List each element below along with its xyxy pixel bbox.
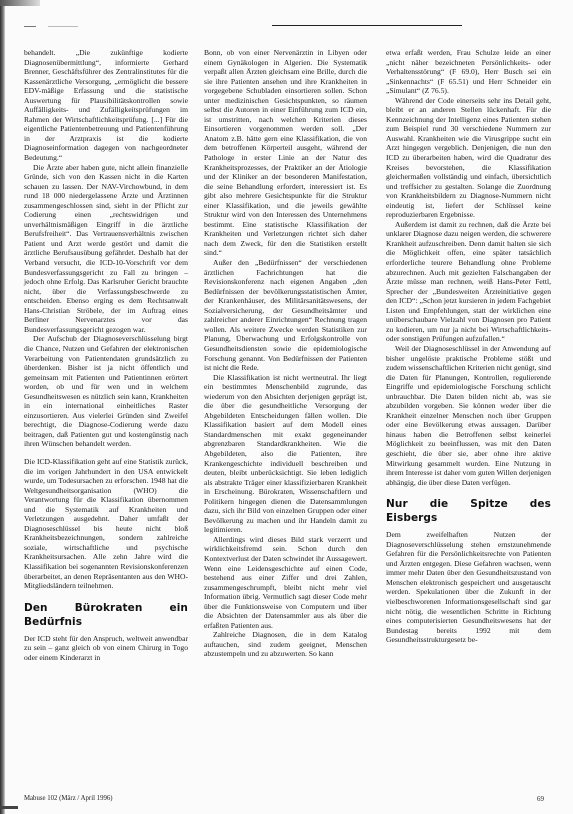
- paragraph: etwa erfaßt werden, Frau Schulze leide a…: [386, 48, 551, 96]
- text-column-3: etwa erfaßt werden, Frau Schulze leide a…: [386, 48, 551, 645]
- paragraph: Außer den „Bedürfnissen“ der verschieden…: [204, 258, 367, 373]
- header-rule-left-faint: [48, 26, 78, 27]
- section-heading: Nur die Spitze des Eisbergs: [386, 497, 551, 525]
- paragraph: Außerdem ist damit zu rechnen, daß die Ä…: [386, 220, 551, 344]
- page-number: 69: [537, 795, 544, 803]
- paragraph: Allerdings wird dieses Bild stark verzer…: [204, 535, 367, 630]
- page-spine-shadow: [0, 0, 5, 814]
- paragraph: behandelt. „Die zukünftige kodierte Diag…: [24, 48, 188, 163]
- paragraph: Der Aufschub der Diagnoseverschlüsselung…: [24, 334, 188, 449]
- scanned-magazine-page: behandelt. „Die zukünftige kodierte Diag…: [0, 0, 573, 814]
- paragraph: Weil der Diagnoseschlüssel in der Anwend…: [386, 344, 551, 487]
- header-rule-left: [24, 26, 36, 27]
- header-rule-right: [272, 25, 462, 26]
- spine-top-edge: [0, 0, 40, 6]
- paragraph: Während der Code einerseits sehr ins Det…: [386, 96, 551, 220]
- paragraph: Zahlreiche Diagnosen, die in dem Katalog…: [204, 630, 367, 659]
- paragraph: Die ICD-Klassifikation geht auf eine Sta…: [24, 457, 188, 591]
- paragraph: Dem zweifelhaften Nutzen der Diagnosever…: [386, 530, 551, 645]
- paragraph: Die Klassifikation ist nicht wertneutral…: [204, 373, 367, 535]
- paragraph: Bonn, ob von einer Nervenärztin in Libye…: [204, 48, 367, 258]
- section-gap: [24, 449, 188, 457]
- text-column-1: behandelt. „Die zukünftige kodierte Diag…: [24, 48, 188, 662]
- journal-footer: Mabuse 102 (März / April 1996): [24, 795, 113, 802]
- spine-bottom-edge: [0, 806, 18, 809]
- paragraph: Der ICD steht für den Anspruch, weltweit…: [24, 634, 188, 663]
- section-heading: Den Bürokraten ein Bedürfnis: [24, 601, 188, 629]
- paragraph: Die Ärzte aber haben gute, nicht allein …: [24, 163, 188, 335]
- text-column-2: Bonn, ob von einer Nervenärztin in Libye…: [204, 48, 367, 659]
